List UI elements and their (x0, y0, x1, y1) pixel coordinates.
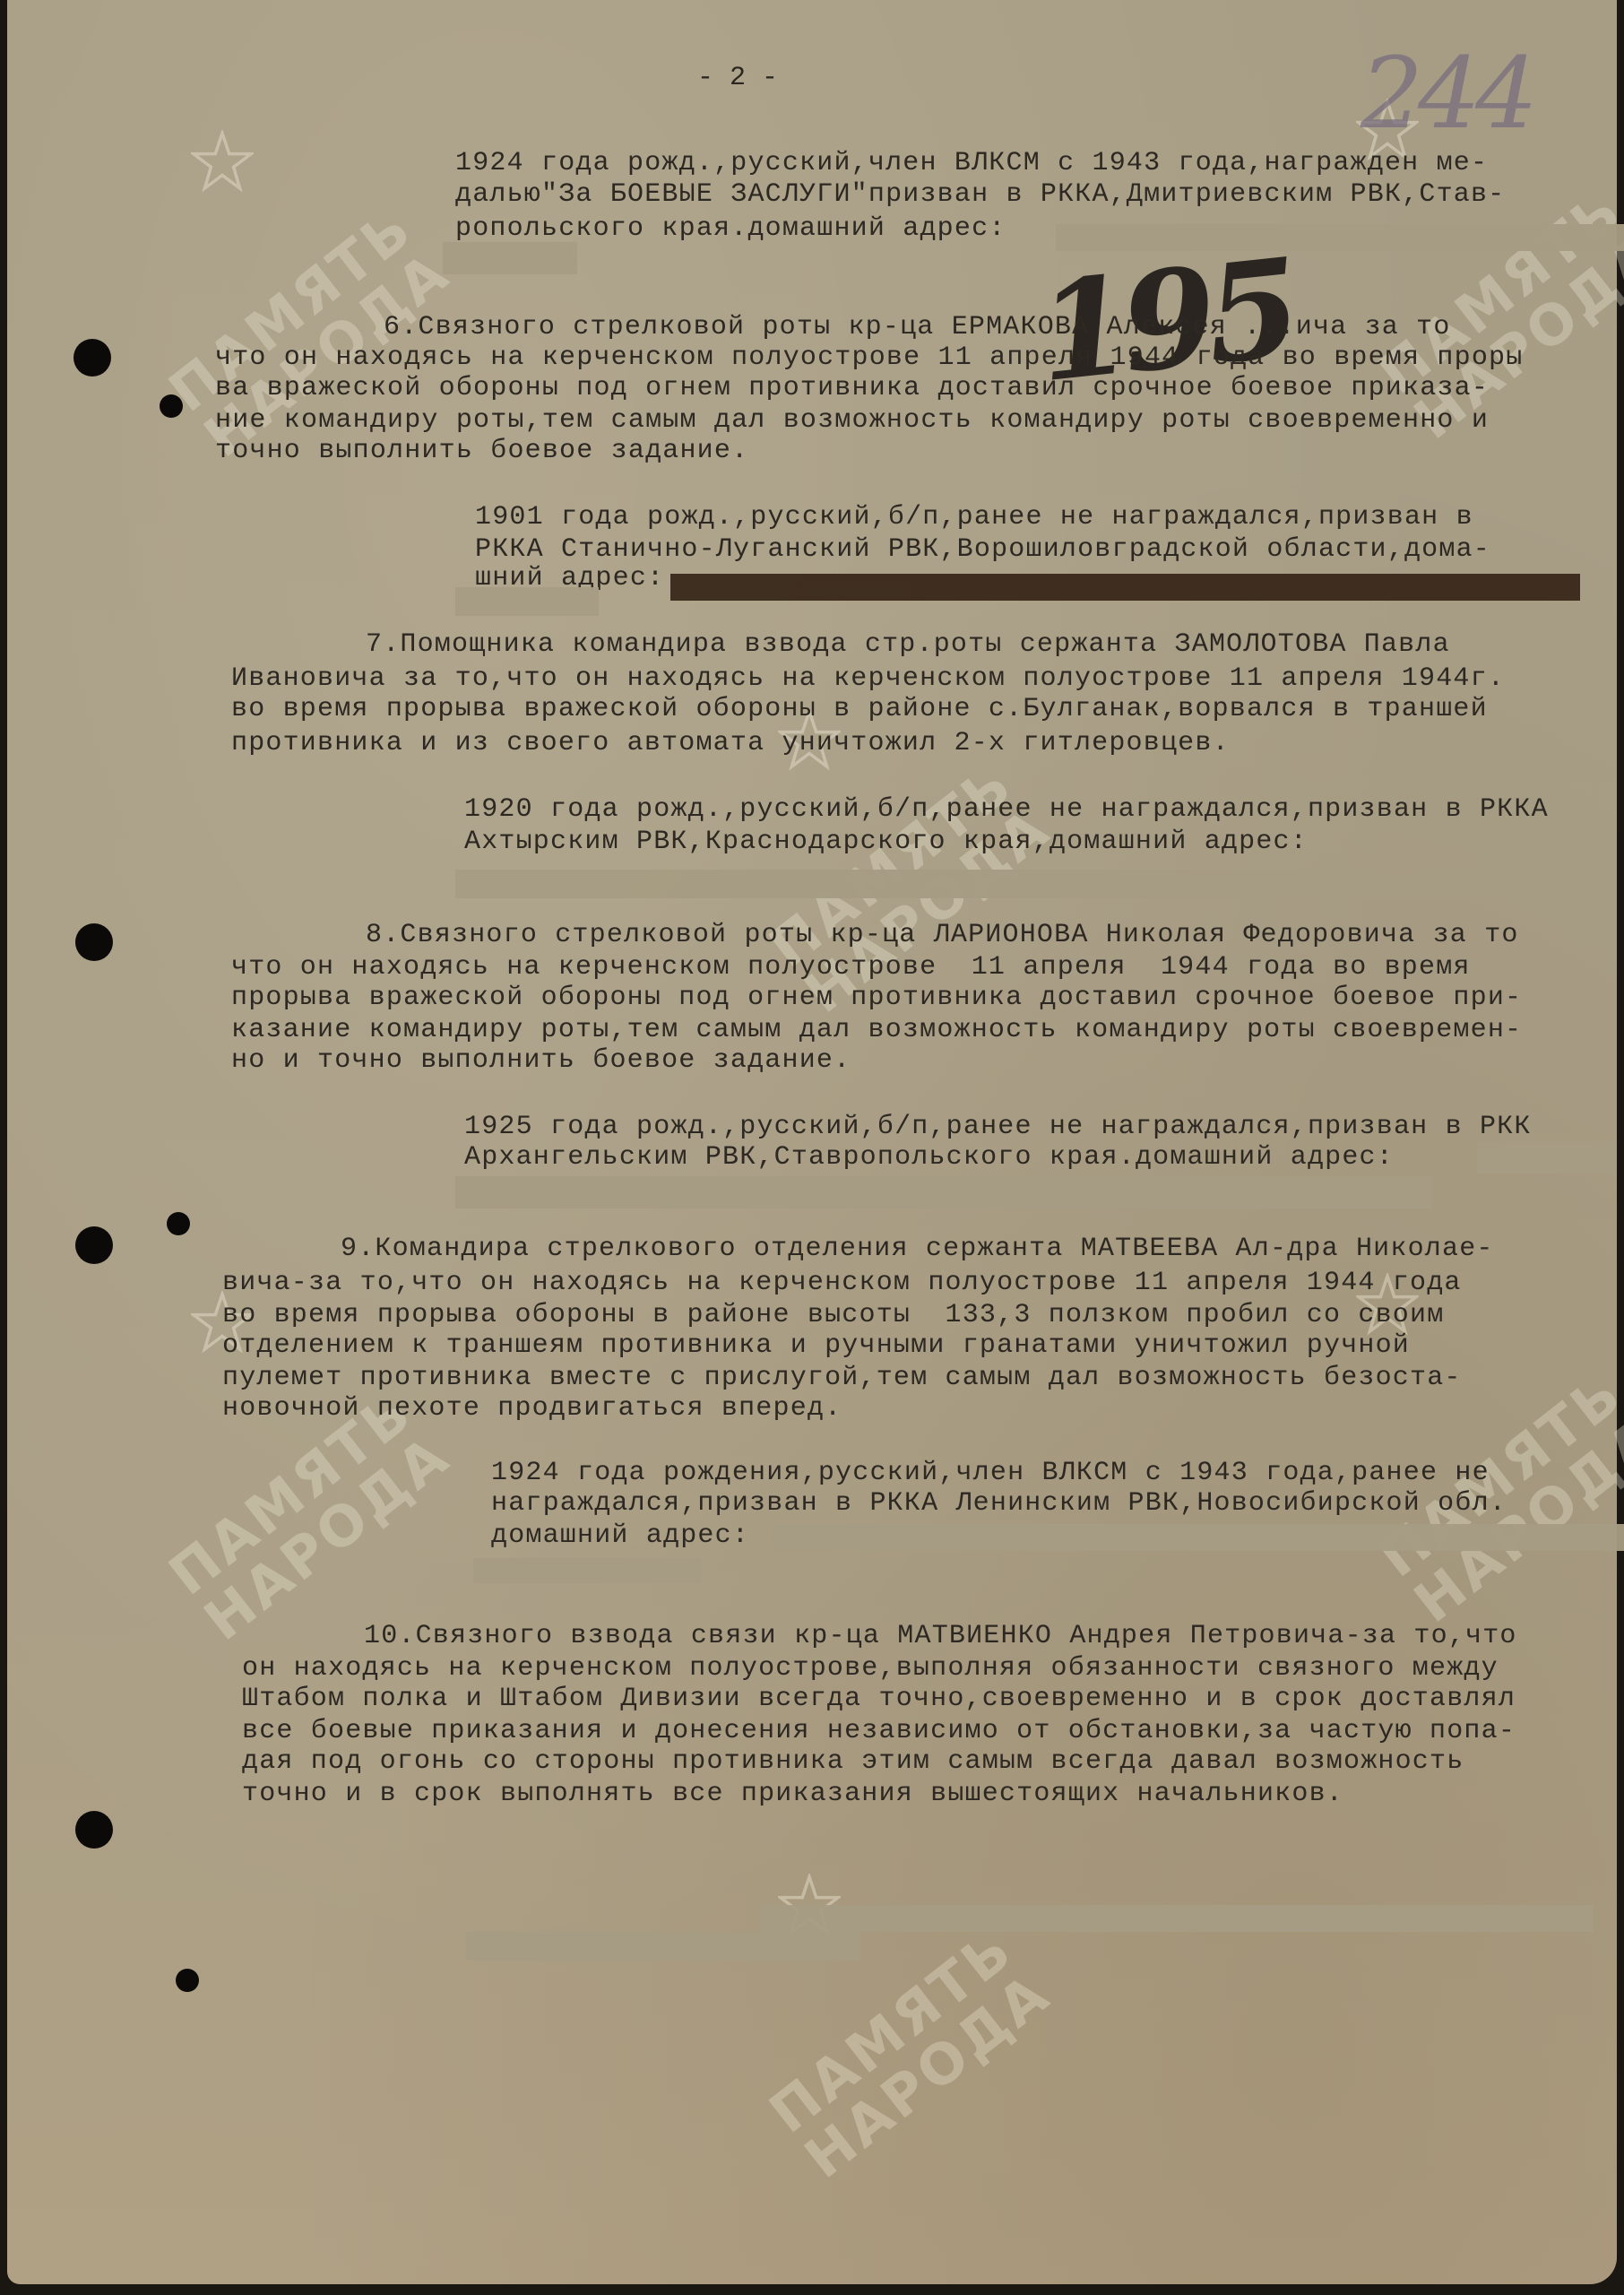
watermark-star-icon (191, 130, 254, 193)
punch-hole (176, 1969, 199, 1992)
redacted-address (1056, 224, 1624, 251)
handwritten-archive-number: 244 (1361, 36, 1533, 151)
page-number: - 2 - (697, 63, 778, 93)
redacted-address (473, 1558, 702, 1583)
punch-hole (73, 339, 111, 377)
punch-hole (167, 1212, 190, 1235)
punch-hole (75, 1226, 113, 1264)
redacted-address (670, 574, 1580, 601)
punch-hole (75, 923, 113, 961)
punch-hole (75, 1811, 113, 1849)
redacted-address (455, 587, 599, 616)
redacted-address (1477, 1141, 1616, 1173)
redacted-address (466, 1932, 860, 1961)
punch-hole (160, 394, 183, 418)
redacted-address (455, 870, 1495, 898)
redacted-address (773, 1524, 1624, 1551)
redacted-address (760, 1905, 1594, 1932)
redacted-address (1495, 825, 1594, 859)
document-page: ПАМЯТЬ НАРОДА ПАМЯТЬ НАРОДА ПАМЯТЬ НАРОД… (7, 0, 1617, 2284)
redacted-address (443, 242, 577, 274)
redacted-address (455, 1176, 1432, 1208)
